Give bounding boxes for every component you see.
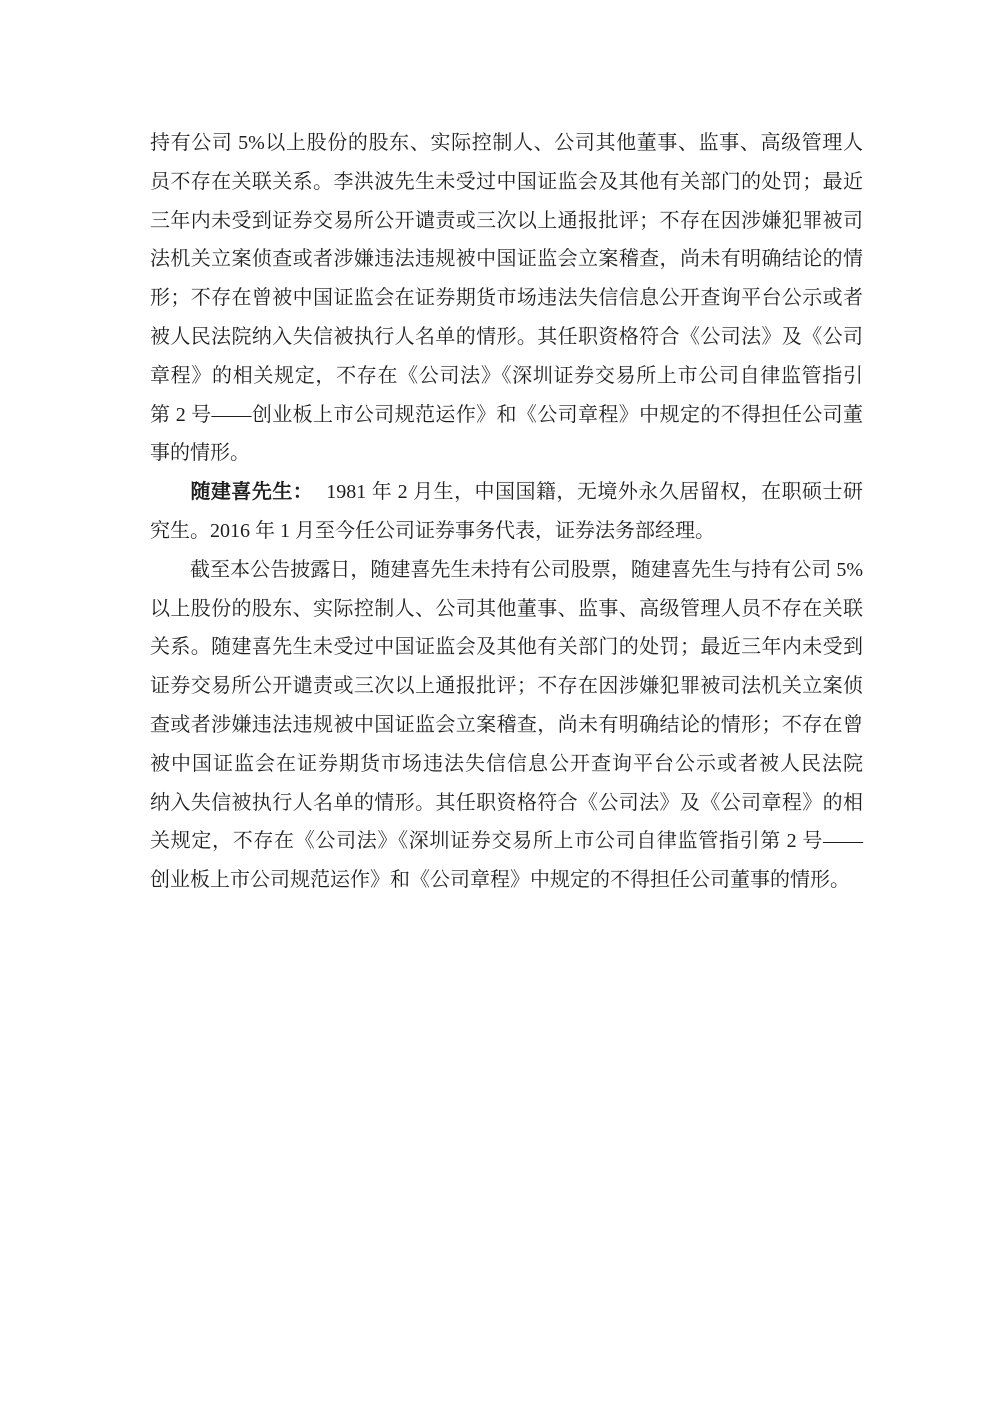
text-line: 究生。2016 年 1 月至今任公司证券事务代表，证券法务部经理。 [150,512,863,551]
text-line: 证券交易所公开谴责或三次以上通报批评；不存在因涉嫌犯罪被司法机关立案侦 [150,667,863,706]
text-line: 纳入失信被执行人名单的情形。其任职资格符合《公司法》及《公司章程》的相 [150,784,863,823]
text-line: 事的情形。 [150,434,863,473]
text-line: 三年内未受到证券交易所公开谴责或三次以上通报批评；不存在因涉嫌犯罪被司 [150,202,863,241]
text-line: 关规定，不存在《公司法》《深圳证券交易所上市公司自律监管指引第 2 号—— [150,822,863,861]
text-line: 创业板上市公司规范运作》和《公司章程》中规定的不得担任公司董事的情形。 [150,861,863,900]
text-line: 持有公司 5%以上股份的股东、实际控制人、公司其他董事、监事、高级管理人 [150,124,863,163]
text-line: 截至本公告披露日，随建喜先生未持有公司股票，随建喜先生与持有公司 5% [150,551,863,590]
paragraph-sui-jianxi-disclosure: 截至本公告披露日，随建喜先生未持有公司股票，随建喜先生与持有公司 5%以上股份的… [150,551,863,900]
person-name-lead: 随建喜先生： [190,481,313,503]
text-line: 被中国证监会在证券期货市场违法失信信息公开查询平台公示或者被人民法院 [150,745,863,784]
text-line: 被人民法院纳入失信被执行人名单的情形。其任职资格符合《公司法》及《公司 [150,318,863,357]
paragraph-sui-jianxi-intro: 随建喜先生：1981 年 2 月生，中国国籍，无境外永久居留权，在职硕士研究生。… [150,473,863,551]
document-page: 持有公司 5%以上股份的股东、实际控制人、公司其他董事、监事、高级管理人员不存在… [0,0,1000,1414]
text-line: 随建喜先生：1981 年 2 月生，中国国籍，无境外永久居留权，在职硕士研 [150,473,863,512]
text-line: 第 2 号——创业板上市公司规范运作》和《公司章程》中规定的不得担任公司董 [150,396,863,435]
text-line: 以上股份的股东、实际控制人、公司其他董事、监事、高级管理人员不存在关联 [150,590,863,629]
document-content: 持有公司 5%以上股份的股东、实际控制人、公司其他董事、监事、高级管理人员不存在… [150,124,863,900]
text-line: 法机关立案侦查或者涉嫌违法违规被中国证监会立案稽查，尚未有明确结论的情 [150,240,863,279]
text-line: 形；不存在曾被中国证监会在证券期货市场违法失信信息公开查询平台公示或者 [150,279,863,318]
paragraph-li-hongbo-continuation: 持有公司 5%以上股份的股东、实际控制人、公司其他董事、监事、高级管理人员不存在… [150,124,863,473]
text-line: 查或者涉嫌违法违规被中国证监会立案稽查，尚未有明确结论的情形；不存在曾 [150,706,863,745]
text-line: 章程》的相关规定，不存在《公司法》《深圳证券交易所上市公司自律监管指引 [150,357,863,396]
text-line: 员不存在关联关系。李洪波先生未受过中国证监会及其他有关部门的处罚；最近 [150,163,863,202]
text-line: 关系。随建喜先生未受过中国证监会及其他有关部门的处罚；最近三年内未受到 [150,628,863,667]
